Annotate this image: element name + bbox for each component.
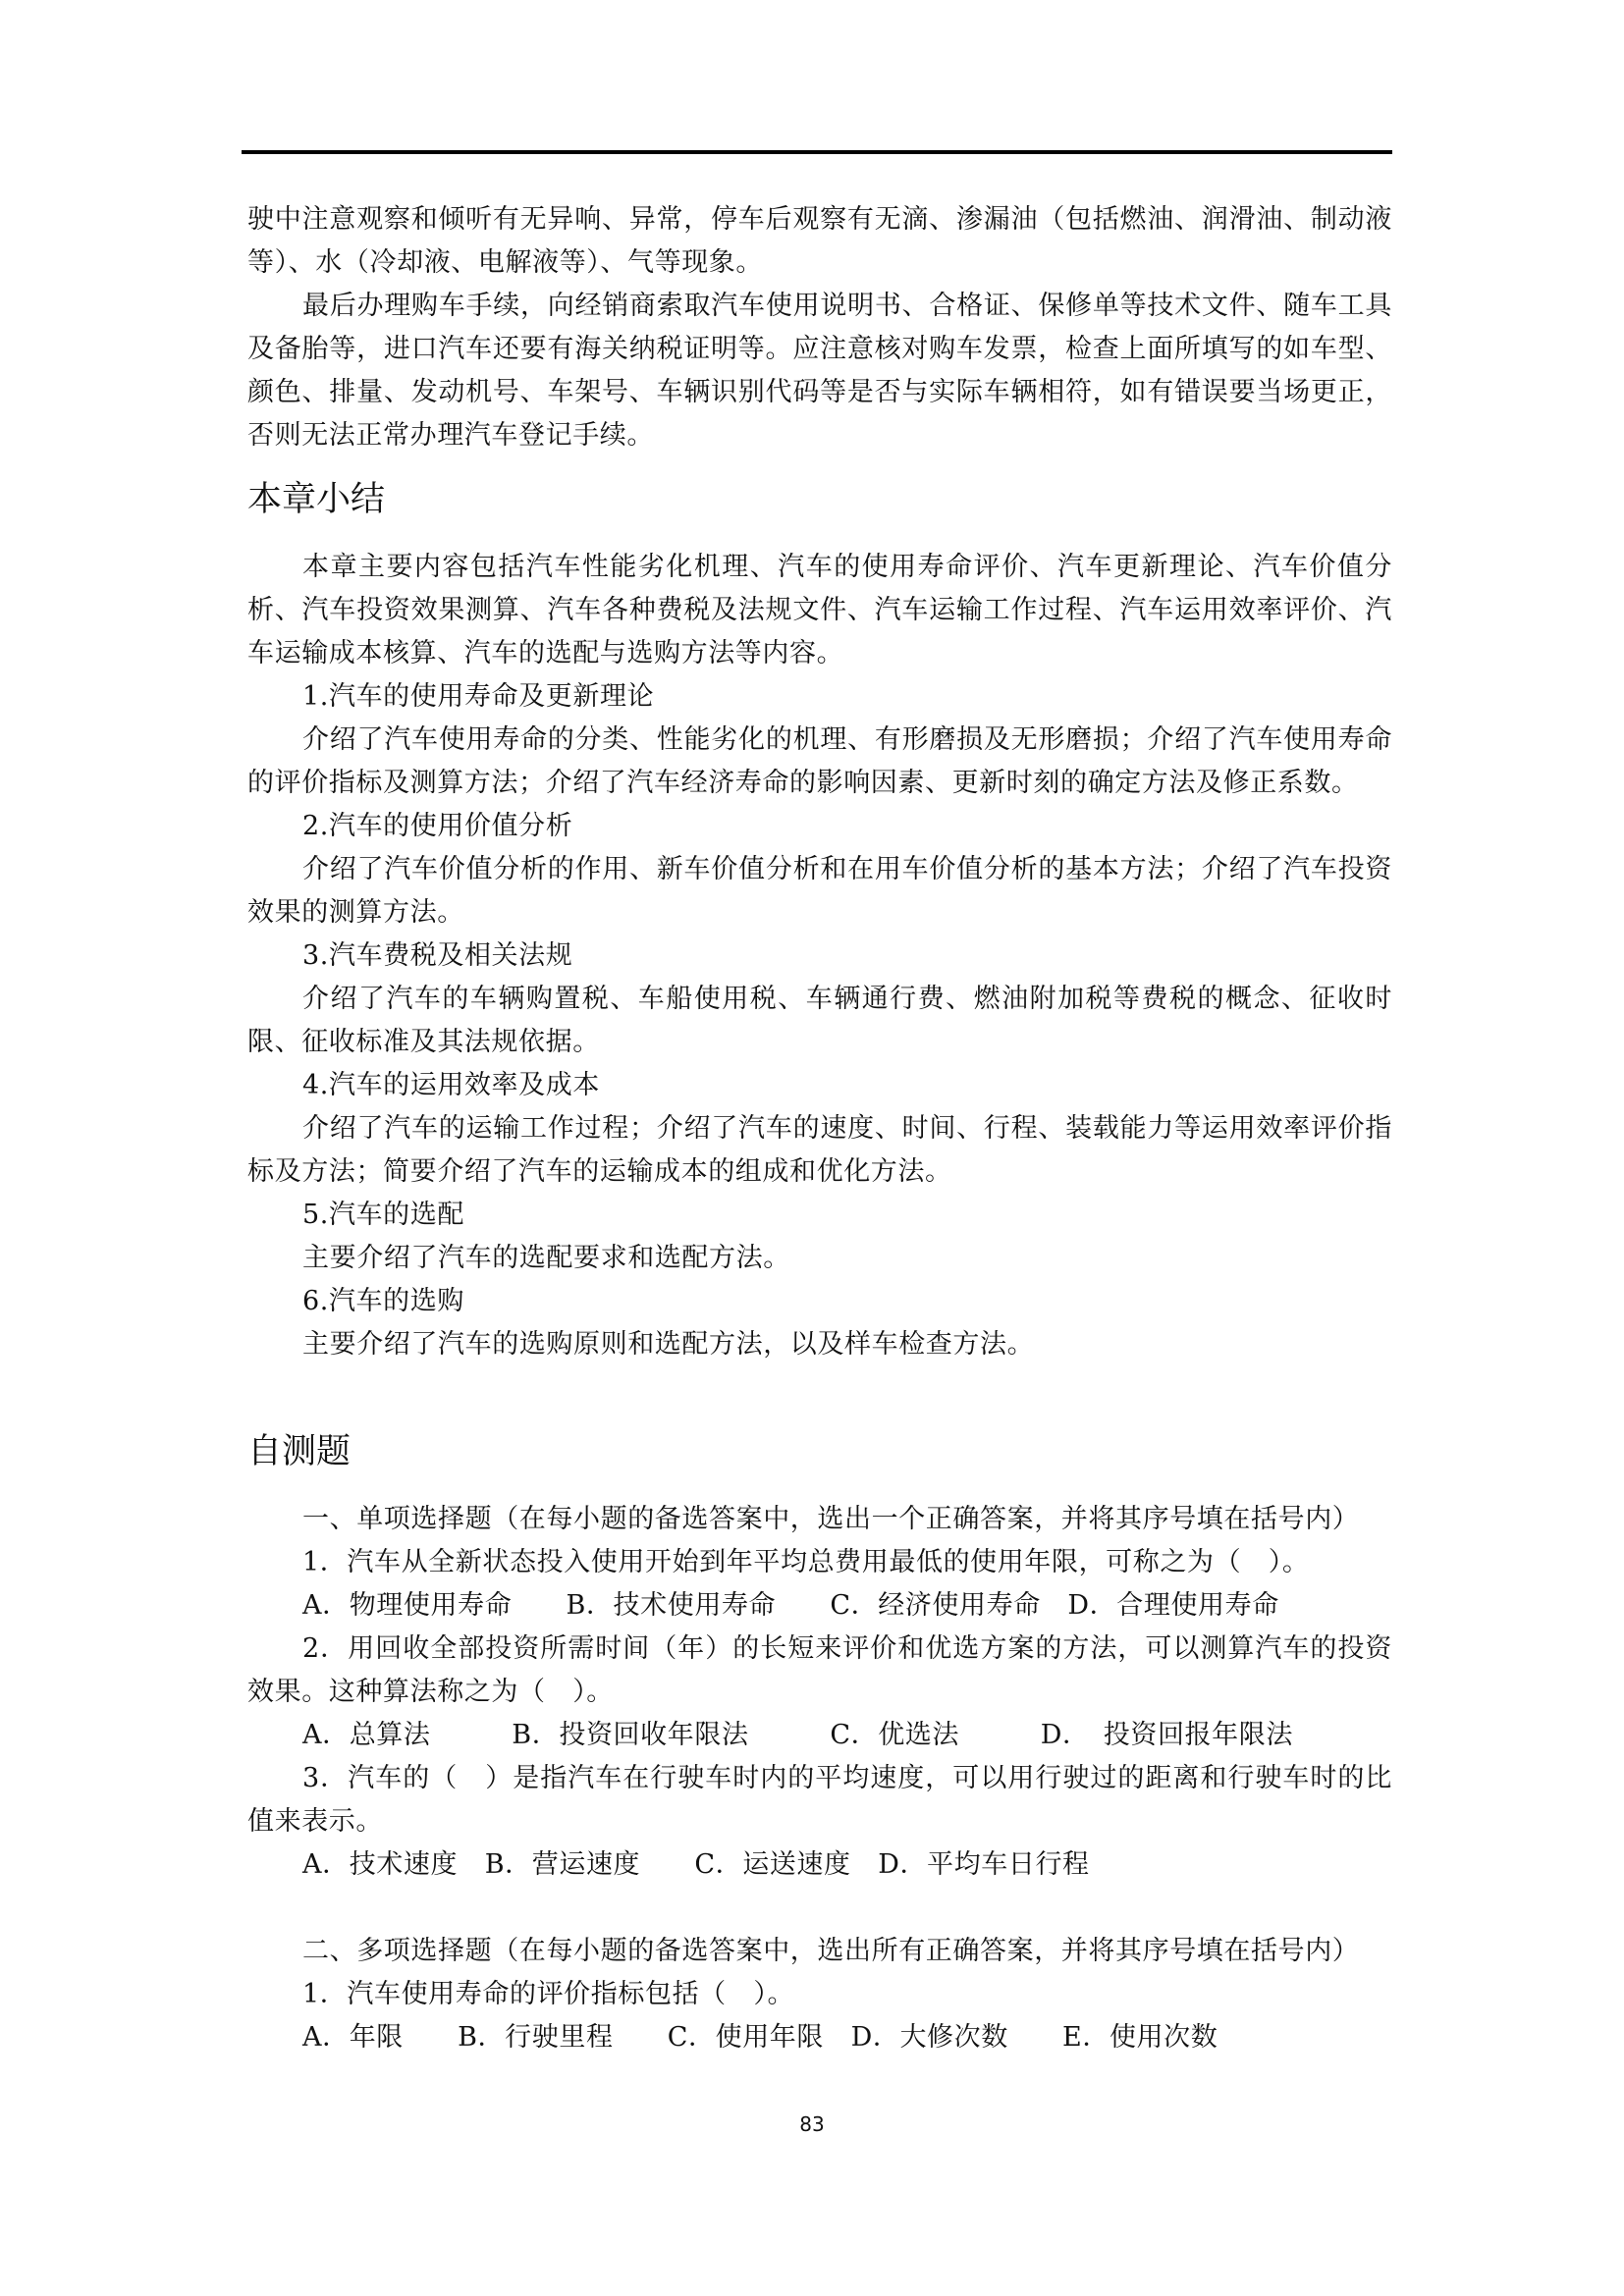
self-test-title: 自测题 xyxy=(247,1427,1392,1476)
question-stem: 1．汽车从全新状态投入使用开始到年平均总费用最低的使用年限，可称之为（ ）。 xyxy=(247,1541,1392,1584)
question-options: A．技术速度 B．营运速度 C．运送速度 D．平均车日行程 xyxy=(247,1843,1392,1887)
summary-item-body: 介绍了汽车价值分析的作用、新车价值分析和在用车价值分析的基本方法；介绍了汽车投资… xyxy=(247,848,1392,934)
page-content: 驶中注意观察和倾听有无异响、异常，停车后观察有无滴、渗漏油（包括燃油、润滑油、制… xyxy=(247,198,1392,2059)
summary-item-heading: 3.汽车费税及相关法规 xyxy=(247,934,1392,978)
summary-intro: 本章主要内容包括汽车性能劣化机理、汽车的使用寿命评价、汽车更新理论、汽车价值分析… xyxy=(247,546,1392,675)
continuation-paragraph: 驶中注意观察和倾听有无异响、异常，停车后观察有无滴、渗漏油（包括燃油、润滑油、制… xyxy=(247,198,1392,285)
summary-item-heading: 2.汽车的使用价值分析 xyxy=(247,805,1392,848)
summary-item-body: 主要介绍了汽车的选配要求和选配方法。 xyxy=(247,1237,1392,1280)
summary-item-body: 主要介绍了汽车的选购原则和选配方法，以及样车检查方法。 xyxy=(247,1323,1392,1366)
summary-item-body: 介绍了汽车使用寿命的分类、性能劣化的机理、有形磨损及无形磨损；介绍了汽车使用寿命… xyxy=(247,719,1392,805)
question-options: A．物理使用寿命 B．技术使用寿命 C．经济使用寿命 D．合理使用寿命 xyxy=(247,1584,1392,1628)
summary-item-body: 介绍了汽车的运输工作过程；介绍了汽车的速度、时间、行程、装载能力等运用效率评价指… xyxy=(247,1107,1392,1194)
question-stem: 3．汽车的（ ）是指汽车在行驶车时内的平均速度，可以用行驶过的距离和行驶车时的比… xyxy=(247,1757,1392,1843)
summary-item-body: 介绍了汽车的车辆购置税、车船使用税、车辆通行费、燃油附加税等费税的概念、征收时限… xyxy=(247,978,1392,1064)
question-options: A．总算法 B．投资回收年限法 C．优选法 D． 投资回报年限法 xyxy=(247,1714,1392,1757)
purchase-procedure-paragraph: 最后办理购车手续，向经销商索取汽车使用说明书、合格证、保修单等技术文件、随车工具… xyxy=(247,285,1392,457)
page-number: 83 xyxy=(0,2112,1624,2136)
header-rule xyxy=(242,150,1392,154)
single-choice-heading: 一、单项选择题（在每小题的备选答案中，选出一个正确答案，并将其序号填在括号内） xyxy=(247,1498,1392,1541)
multi-choice-heading: 二、多项选择题（在每小题的备选答案中，选出所有正确答案，并将其序号填在括号内） xyxy=(247,1930,1392,1973)
summary-item-heading: 6.汽车的选购 xyxy=(247,1280,1392,1323)
chapter-summary-title: 本章小结 xyxy=(247,475,1392,524)
question-stem: 2．用回收全部投资所需时间（年）的长短来评价和优选方案的方法，可以测算汽车的投资… xyxy=(247,1628,1392,1714)
summary-item-heading: 1.汽车的使用寿命及更新理论 xyxy=(247,675,1392,719)
summary-item-heading: 4.汽车的运用效率及成本 xyxy=(247,1064,1392,1107)
question-options: A．年限 B．行驶里程 C．使用年限 D．大修次数 E．使用次数 xyxy=(247,2016,1392,2059)
summary-item-heading: 5.汽车的选配 xyxy=(247,1194,1392,1237)
section-spacer xyxy=(247,1887,1392,1930)
question-stem: 1．汽车使用寿命的评价指标包括（ ）。 xyxy=(247,1973,1392,2016)
